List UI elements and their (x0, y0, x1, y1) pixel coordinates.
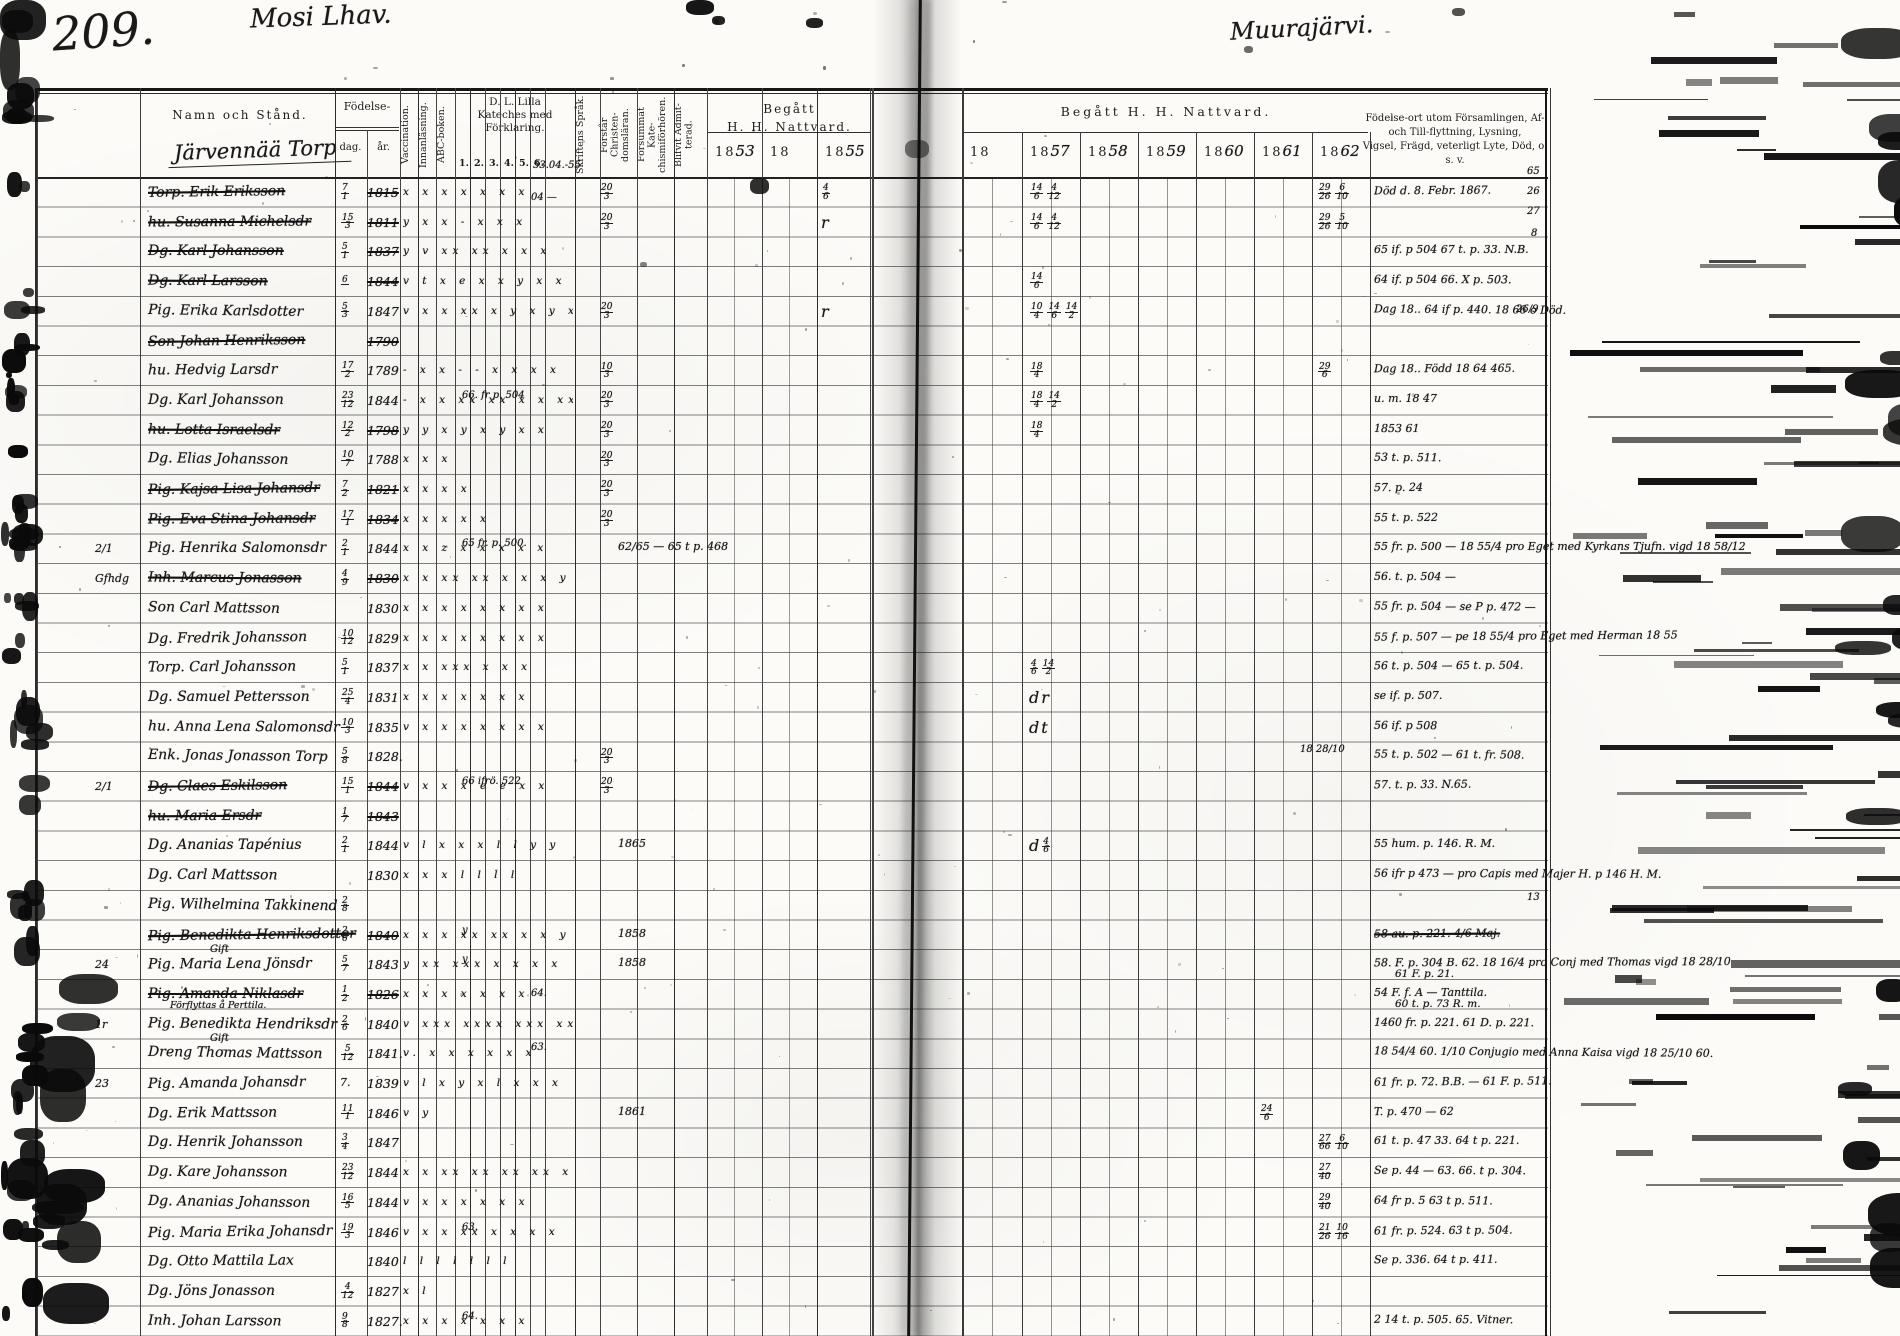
noise-blob (1883, 595, 1900, 615)
table-row: Dg. Carl Mattsson1830x x x l l l l56 ifr… (0, 861, 1900, 891)
noise-blob (612, 91, 614, 94)
noise-blob (21, 306, 46, 313)
remarks-note-2: 61 F. p. 21. (1395, 968, 1454, 980)
noise-blob (769, 1199, 770, 1201)
row-name: Torp. Erik Eriksson (148, 183, 285, 201)
row-name: Pig. Amanda Johansdr (148, 1074, 306, 1092)
fraction-mark: 17 (341, 809, 349, 825)
stray-annotation: 65 (1527, 166, 1540, 177)
noise-blob (973, 40, 975, 43)
noise-blob (1729, 735, 1900, 741)
year-printed: 18 (825, 145, 846, 160)
year-printed: 18 (1204, 145, 1225, 160)
communion-1862-cell: 2740 (1316, 1163, 1333, 1182)
birth-year-cell: 1844 (367, 393, 399, 408)
noise-blob (1629, 1079, 1653, 1084)
noise-blob (1878, 771, 1900, 778)
noise-blob (755, 264, 758, 266)
fraction-mark: 165 (341, 1195, 354, 1211)
fraction-mark: 146 (1030, 215, 1043, 231)
stray-annotation: 64. (531, 988, 547, 999)
birth-day-cell: 12 (339, 987, 351, 1003)
noise-blob (1312, 1300, 1313, 1302)
birth-day-cell: 512 (339, 1046, 356, 1062)
noise-blob (767, 250, 768, 253)
noise-blob (22, 1291, 28, 1301)
birth-day-cell: 34 (339, 1135, 351, 1151)
noise-blob (7, 172, 22, 197)
noise-blob (344, 77, 347, 80)
scanned-parish-register-page: 209. Mosi Lhav. Muurajärvi. Namn och Stå… (0, 0, 1900, 1336)
table-row: Pig. Maria Erika Johansdr1931846v x x xx… (0, 1218, 1900, 1248)
page-title-left: Mosi Lhav. (250, 0, 393, 34)
noise-blob (750, 178, 769, 194)
admitted-cell: 103 (598, 361, 615, 380)
birth-day-cell: 122 (339, 423, 356, 439)
birth-year-cell: 1840 (367, 1254, 399, 1269)
noise-blob (1857, 876, 1900, 881)
noise-blob (1108, 502, 1110, 503)
catechism-marks: v l x y x l x x x (403, 1077, 573, 1089)
noise-blob (1178, 963, 1181, 966)
communion-1857-cell: 104146142 (1028, 302, 1080, 321)
noise-blob (1780, 604, 1900, 611)
noise-blob (1733, 999, 1842, 1004)
noise-blob (1623, 575, 1701, 582)
birth-year-cell: 1815 (367, 185, 399, 200)
noise-blob (37, 1184, 87, 1225)
noise-blob (1706, 522, 1768, 529)
noise-blob (1010, 221, 1013, 222)
birth-year-cell: 1828. (367, 749, 403, 764)
scripture-note: 66 ifrö. 522 (462, 776, 521, 787)
communion-left-line1: Begått (707, 100, 872, 118)
noise-blob (290, 895, 292, 898)
row-name: Enk. Jonas Jonasson Torp (148, 747, 328, 765)
scripture-note: 64. (462, 1311, 478, 1322)
row-name: Dg. Karl Johansson (148, 392, 284, 408)
noise-blob (1769, 314, 1900, 318)
birth-day-cell: 165 (339, 1195, 356, 1211)
col-header-admitted: Blifvit Admit- terad. (674, 94, 706, 176)
table-row: Dg. Otto Mattila Lax1840l l l l l l lSe … (0, 1247, 1900, 1277)
mark: d (1029, 836, 1039, 855)
mark: d (1029, 688, 1039, 707)
noise-blob (0, 30, 20, 90)
noise-blob (280, 575, 282, 577)
noise-blob (15, 633, 25, 649)
noise-blob (574, 759, 577, 762)
fraction-mark: 2926 (1318, 215, 1331, 231)
noise-blob (1600, 745, 1833, 749)
communion-year-cell: 18 (970, 142, 1020, 160)
noise-blob (671, 856, 674, 858)
birth-year-cell: 1837 (367, 660, 399, 675)
noise-blob (14, 333, 30, 356)
row-name: Dg. Samuel Pettersson (148, 689, 310, 705)
communion-1857-cell: dt (1028, 718, 1049, 737)
birth-day-cell: 49 (339, 571, 351, 587)
admitted-cell: 203 (598, 183, 615, 202)
noise-blob (1581, 1103, 1636, 1105)
birth-day-cell: 53 (339, 304, 351, 320)
remarks-note: 1460 fr. p. 221. 61 D. p. 221. (1374, 1015, 1534, 1029)
noise-blob (1674, 12, 1695, 17)
noise-blob (682, 64, 685, 67)
row-name: hu. Hedvig Larsdr (148, 362, 277, 379)
noise-blob (757, 706, 759, 709)
communion-year-cell: 1858 (1088, 142, 1136, 160)
remarks-note: 55 f. p. 507 — pe 18 55/4 pro Eget med H… (1374, 629, 1550, 643)
noise-blob (1, 522, 9, 546)
scripture-note: 65 fr. p. 500. (462, 538, 527, 549)
remarks-note: 53 t. p. 511. (1374, 451, 1442, 464)
mid-annotation: 1858 (618, 927, 646, 940)
birth-year-cell: 1788 (367, 452, 399, 467)
noise-blob (965, 307, 968, 310)
row-name: Pig. Benedikta Henriksdotter (148, 925, 348, 943)
birth-year-cell: 1843 (367, 957, 399, 972)
stray-annotation: 26 (1527, 186, 1540, 197)
year-handwritten: 62 (1341, 142, 1360, 160)
fraction-mark: 103 (341, 720, 354, 736)
noise-blob (312, 688, 315, 691)
fraction-mark: 57 (341, 957, 349, 973)
noise-blob (731, 1279, 734, 1280)
communion-year-cell: 1855 (825, 142, 870, 160)
page-title-right: Muurajärvi. (1229, 10, 1374, 45)
birth-day-cell: 254 (339, 690, 356, 706)
catechism-marks: x x x x (403, 483, 573, 495)
noise-blob (1564, 998, 1708, 1004)
fraction-mark: 153 (341, 215, 354, 231)
noise-blob (120, 902, 121, 903)
noise-blob (1588, 416, 1833, 418)
noise-blob (959, 249, 962, 252)
birth-year-cell: 1811 (367, 215, 399, 230)
col-header-remarks: Födelse-ort utom Församlingen, Af- och T… (1362, 112, 1548, 168)
table-row: Inh. Johan Larsson981827.x x x x x x x64… (0, 1307, 1900, 1336)
row-marginal: 24 (95, 958, 109, 971)
table-row: Pig. Benedikta Henriksdotter261840x x x … (0, 921, 1900, 951)
communion-1855-cell: 46 (820, 183, 832, 202)
birth-year-cell: 1844 (367, 779, 399, 794)
row-marginal: 23 (95, 1077, 109, 1090)
year-printed: 18 (1030, 145, 1051, 160)
catechism-subcol-label: 3. (487, 158, 501, 169)
noise-blob (1004, 577, 1007, 578)
table-row: Pig. Eva Stina Johansdr1711834x x x x x2… (0, 505, 1900, 535)
noise-blob (1539, 625, 1540, 627)
birth-day-cell: 412 (339, 1284, 356, 1300)
noise-blob (57, 1013, 100, 1031)
catechism-marks: v y (403, 1107, 573, 1119)
birth-day-cell: 7. (339, 1076, 352, 1089)
noise-blob (262, 202, 264, 205)
admitted-cell: 203 (598, 480, 615, 499)
noise-blob (1879, 1014, 1900, 1020)
remarks-note: 55 hum. p. 146. R. M. (1374, 837, 1495, 850)
fraction-mark: 51 (341, 660, 349, 676)
noise-blob (1858, 1117, 1900, 1124)
noise-blob (1594, 99, 1707, 101)
catechism-subcol-label: 1. (457, 158, 471, 169)
communion-year-cell: 1857 (1030, 142, 1078, 160)
birth-year-cell: 1821 (367, 482, 399, 497)
remarks-line1: Födelse-ort utom Församlingen, Af- och T… (1362, 112, 1548, 140)
fraction-mark: 103 (600, 364, 613, 380)
row-name: Dg. Elias Johansson (148, 450, 289, 468)
remarks-note: 56 t. p. 504 — 65 t. p. 504. (1374, 659, 1523, 673)
noise-blob (4, 593, 10, 603)
catechism-marks: v x x x x x x x (403, 721, 573, 733)
fraction-mark: 51 (341, 244, 349, 260)
noise-blob (40, 1069, 86, 1122)
fraction-mark: 203 (600, 423, 613, 439)
noise-blob (1709, 260, 1756, 264)
birth-day-cell: 6 (339, 274, 351, 287)
noise-blob (3, 100, 35, 123)
birth-year-cell: 1839 (367, 1076, 399, 1091)
remarks-note: 56. t. p. 504 — (1374, 570, 1456, 583)
table-row: hu. Hedvig Larsdr1721789- x x - - x x x … (0, 356, 1900, 386)
noise-blob (1870, 1248, 1900, 1288)
catechism-marks: v x x xx x y x y x (403, 305, 573, 317)
fraction-mark: 1012 (341, 631, 354, 647)
birth-day-cell: 1012 (339, 631, 356, 647)
remarks-note: 58 au. p. 221. 4/6 Maj. (1374, 926, 1500, 940)
noise-blob (1694, 649, 1859, 653)
row-name: Dg. Kare Johansson (148, 1164, 288, 1181)
communion-1857-cell: 184 (1028, 421, 1045, 440)
birth-year-cell: 1846 (367, 1106, 399, 1121)
fraction-mark: 21 (341, 838, 349, 854)
stray-annotation: 27 (1527, 206, 1540, 217)
fraction-mark: 203 (600, 512, 613, 528)
birth-day-cell: 2312 (339, 1165, 356, 1181)
row-name: Pig. Benedikta Hendriksdr (148, 1015, 337, 1032)
noise-blob (460, 993, 463, 995)
noise-blob (1573, 533, 1647, 539)
noise-blob (1244, 46, 1253, 53)
fraction-mark: 296 (1318, 364, 1331, 380)
noise-blob (1790, 829, 1900, 831)
communion-1857-cell: 146412 (1028, 183, 1063, 202)
noise-blob (1846, 808, 1900, 825)
noise-blob (630, 1011, 632, 1013)
birth-day-cell: 71 (339, 185, 351, 201)
noise-blob (1208, 369, 1211, 370)
fraction-mark: 142 (1042, 661, 1055, 677)
table-row: Son Carl Mattsson1830x x x x x x x x55 f… (0, 594, 1900, 624)
remarks-line2: Vigsel, Frägd, veterligt Lyte, Död, o. s… (1362, 140, 1548, 168)
table-row: hu. Maria Ersdr171843 (0, 802, 1900, 832)
fraction-mark: 184 (1030, 364, 1043, 380)
admitted-cell: 203 (598, 450, 615, 469)
noise-blob (1700, 264, 1806, 268)
remarks-note: 57. t. p. 33. N.65. (1374, 778, 1471, 792)
noise-blob (1700, 1178, 1900, 1182)
remarks-note: 55 t. p. 502 — 61 t. fr. 508. (1374, 748, 1525, 762)
noise-blob (405, 1160, 406, 1162)
birth-year-cell: 1826 (367, 987, 399, 1002)
fraction-mark: 104 (1030, 304, 1043, 320)
row-name: Pig. Wilhelmina Takkinend (148, 896, 338, 914)
noise-blob (42, 1240, 69, 1250)
fraction-mark: 107 (341, 452, 354, 468)
noise-blob (446, 546, 448, 548)
fraction-mark: 171 (341, 512, 354, 528)
row-name: Dg. Ananias Tapénius (148, 837, 302, 853)
noise-blob (1610, 908, 1714, 913)
fraction-mark: 2940 (1318, 1195, 1331, 1211)
noise-blob (1810, 673, 1900, 680)
fraction-mark: 71 (341, 185, 349, 201)
noise-blob (1617, 792, 1807, 796)
noise-blob (14, 705, 43, 734)
remarks-note: 55 fr. p. 500 — 18 55/4 pro Eget med Kyr… (1374, 540, 1550, 553)
noise-blob (15, 504, 29, 523)
noise-blob (1745, 975, 1900, 977)
table-row: GiftDreng Thomas Mattsson5121841.v. x x … (0, 1039, 1900, 1069)
noise-blob (1644, 919, 1883, 923)
fraction-mark: 146 (1030, 185, 1043, 201)
catechism-subcol-label: 5. (517, 158, 531, 169)
noise-blob (59, 546, 61, 548)
fraction-mark: 151 (341, 779, 354, 795)
birth-year-cell: 1831 (367, 690, 399, 705)
year-printed: 18 (715, 145, 736, 160)
fraction-mark: 53 (341, 304, 349, 320)
noise-blob (1841, 516, 1900, 553)
catechism-marks: x x x (403, 453, 573, 465)
fraction-mark: 111 (341, 1106, 354, 1122)
noise-blob (133, 220, 134, 221)
noise-blob (1785, 429, 1878, 435)
year-handwritten: 60 (1225, 142, 1244, 160)
col-header-birth: Födelse- (335, 100, 399, 128)
noise-blob (1602, 341, 1861, 344)
noise-blob (1615, 975, 1643, 982)
noise-blob (1858, 462, 1879, 464)
noise-blob (640, 262, 647, 267)
fraction-mark: 203 (600, 185, 613, 201)
communion-1857-cell: dr (1028, 688, 1050, 707)
noise-blob (43, 1283, 109, 1324)
catechism-marks: x x xx xx xx xx xx (403, 1166, 573, 1178)
noise-blob (610, 77, 615, 79)
communion-year-cell: 1861 (1262, 142, 1310, 160)
table-row: Dg. Ananias Johansson1651844v x x x x x … (0, 1188, 1900, 1218)
birth-day-cell: 171 (339, 512, 356, 528)
noise-blob (1706, 785, 1803, 789)
col-header-missed: Försummat Kate- chismiförhören. (637, 94, 673, 176)
communion-1862-cell: 296 (1316, 361, 1333, 380)
noise-blob (1720, 77, 1778, 84)
remarks-note: 65 if. p 504 67 t. p. 33. N.B. (1374, 243, 1529, 256)
remarks-note: Se p. 336. 64 t p. 411. (1374, 1253, 1498, 1266)
birth-day-cell: 98 (339, 1314, 351, 1330)
fraction-mark: 2126 (1318, 1225, 1331, 1241)
fraction-mark: 2312 (341, 1165, 354, 1181)
noise-blob (301, 685, 304, 688)
col-header-name: Namn och Stånd. (150, 108, 330, 122)
table-row: Dg. Ananias Tapénius211844v l x x x l l … (0, 831, 1900, 861)
row-name: Pig. Maria Erika Johansdr (148, 1222, 333, 1240)
noise-blob (686, 0, 714, 15)
noise-blob (1638, 847, 1885, 854)
fraction-mark: 46 (822, 185, 830, 201)
row-name: Son Carl Mattsson (148, 599, 280, 617)
fraction-mark: 142 (1047, 393, 1060, 409)
noise-blob (1651, 57, 1776, 63)
grid-hline (35, 93, 1548, 94)
noise-blob (779, 1056, 780, 1057)
noise-blob (53, 1142, 54, 1144)
communion-1857-cell: 184 (1028, 361, 1045, 380)
noise-blob (1452, 8, 1465, 16)
table-row: Dg. Karl Johansson23121844- x x xx xx x … (0, 386, 1900, 416)
remarks-note: 64 fr p. 5 63 t p. 511. (1374, 1193, 1493, 1207)
admitted-cell: 203 (598, 747, 615, 766)
noise-blob (14, 1128, 44, 1141)
fraction-mark: 510 (1335, 215, 1348, 231)
fraction-mark: 2766 (1318, 1136, 1331, 1152)
noise-blob (813, 12, 817, 15)
year-handwritten: 59 (1167, 142, 1186, 160)
remarks-note: T. p. 470 — 62 (1374, 1105, 1454, 1118)
fraction-mark: 2926 (1318, 185, 1331, 201)
birth-year-cell: 1846 (367, 1225, 399, 1240)
fraction-mark: 203 (600, 215, 613, 231)
scripture-note: 66. fr p. 504 (462, 390, 525, 401)
row-name: Dg. Fredrik Johansson (148, 629, 307, 647)
noise-blob (1385, 31, 1390, 33)
table-row: Pig. Erika Karlsdotter531847v x x xx x y… (0, 297, 1900, 327)
noise-blob (15, 77, 40, 103)
noise-blob (26, 926, 39, 956)
noise-blob (19, 795, 41, 815)
noise-blob (1737, 149, 1777, 151)
noise-blob (1786, 1247, 1826, 1253)
row-name: hu. Maria Ersdr (148, 807, 261, 824)
table-row: Torp. Erik Eriksson711815x x x x x x x20… (0, 178, 1900, 208)
noise-blob (1401, 651, 1403, 654)
fraction-mark: 2740 (1318, 1165, 1331, 1181)
mark: 7. (340, 1076, 351, 1089)
birth-year-cell: 1844 (367, 1195, 399, 1210)
communion-1855-cell: r (820, 213, 830, 232)
birth-year-cell: 1841. (367, 1046, 403, 1061)
admitted-cell: 203 (598, 421, 615, 440)
col-header-birth-day: dag. (335, 142, 366, 153)
remarks-note: u. m. 18 47 (1374, 392, 1437, 405)
noise-blob (2, 1306, 10, 1321)
noise-blob (1806, 628, 1900, 635)
fraction-mark: 172 (341, 363, 354, 379)
noise-blob (181, 986, 183, 989)
stray-annotation: 63. (531, 1042, 547, 1053)
col-header-abc: ABC-boken. (436, 94, 454, 176)
noise-blob (874, 690, 876, 693)
row-name: Pig. Erika Karlsdotter (148, 302, 303, 320)
noise-blob (967, 992, 970, 995)
noise-blob (108, 888, 110, 891)
table-row: Dg. Kare Johansson23121844x x xx xx xx x… (0, 1158, 1900, 1188)
fraction-mark: 254 (341, 690, 354, 706)
row-name: Dg. Claes Eskilsson (148, 777, 287, 795)
catechism-marks: v x x xx x x x x (403, 1226, 573, 1238)
